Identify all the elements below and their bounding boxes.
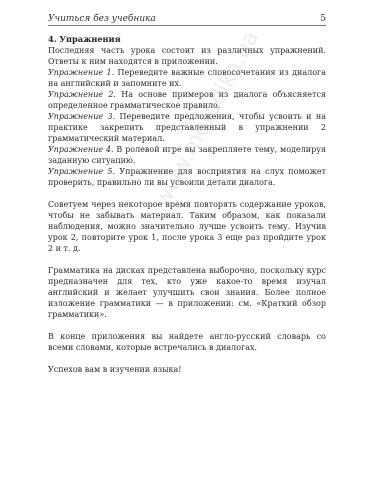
exercise-3: Упражнение 3. Переведите предложения, чт…	[48, 111, 326, 144]
exercise-label: Упражнение 1.	[48, 68, 114, 77]
exercise-label: Упражнение 4.	[48, 145, 114, 154]
section-title: 4. Упражнения	[48, 34, 326, 44]
paragraph-closing: Успехов вам в изучении языка!	[48, 364, 326, 375]
paragraph-dictionary: В конце приложения вы найдете англо-русс…	[48, 331, 326, 353]
book-page: Учиться без учебника 5 4. Упражнения Пос…	[48, 14, 326, 375]
exercise-4: Упражнение 4. В ролевой игре вы закрепля…	[48, 144, 326, 166]
paragraph-grammar: Грамматика на дисках представлена выборо…	[48, 265, 326, 320]
paragraph-review: Советуем через некоторое время повторять…	[48, 199, 326, 254]
spacer	[48, 320, 326, 331]
running-header: Учиться без учебника 5	[48, 14, 326, 26]
running-title: Учиться без учебника	[48, 14, 156, 24]
exercise-5: Упражнение 5. Упражнение для восприятия …	[48, 166, 326, 188]
exercise-2: Упражнение 2. На основе примеров из диал…	[48, 89, 326, 111]
spacer	[48, 254, 326, 265]
exercise-label: Упражнение 2.	[48, 90, 116, 99]
exercise-label: Упражнение 3.	[48, 112, 115, 121]
section-intro: Последняя часть урока состоит из различн…	[48, 45, 326, 67]
exercise-label: Упражнение 5.	[48, 167, 115, 176]
page-number: 5	[320, 14, 326, 24]
spacer	[48, 188, 326, 199]
exercise-1: Упражнение 1. Переведите важные словосоч…	[48, 67, 326, 89]
spacer	[48, 353, 326, 364]
